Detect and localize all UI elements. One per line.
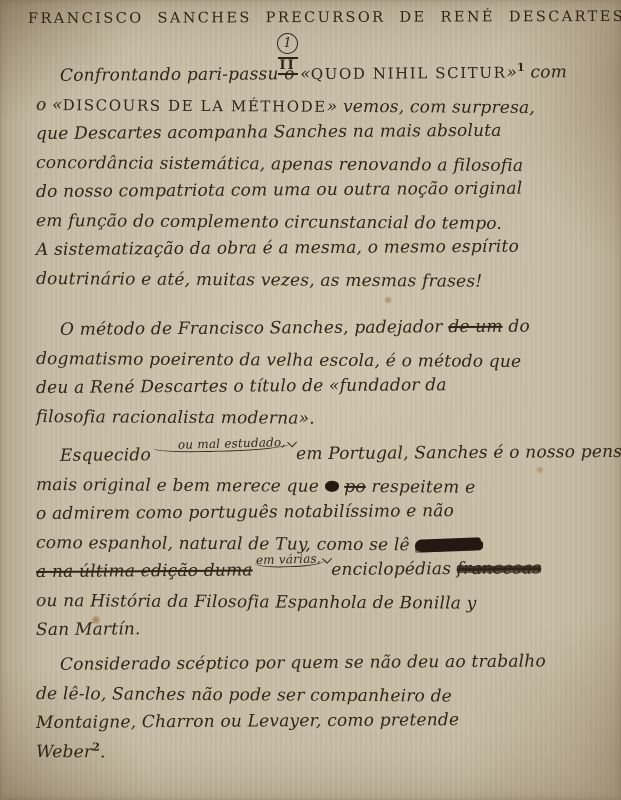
handwritten-text: San Martín. [36, 619, 141, 640]
page-title: FRANCISCO SANCHES PRECURSOR DE RENÉ DESC… [28, 9, 609, 27]
manuscript-line: a na última edição dumaem várias, encicl… [36, 554, 602, 587]
manuscript-line: Considerado scéptico por quem se não deu… [36, 647, 602, 680]
manuscript-line: do nosso compatriota com uma ou outra no… [36, 174, 602, 207]
handwritten-text: o admirem como português notabilíssimo e… [36, 501, 454, 524]
manuscript-line: filosofia racionalista moderna». [36, 403, 602, 435]
handwritten-text: em função do complemento circunstancial … [36, 211, 502, 234]
manuscript-line: Esquecidoou mal estudado, em Portugal, S… [36, 438, 602, 471]
heavily-struck-text: francesas [457, 558, 542, 579]
manuscript-page: FRANCISCO SANCHES PRECURSOR DE RENÉ DESC… [0, 0, 621, 800]
handwritten-text: Considerado scéptico por quem se não deu… [60, 651, 546, 674]
struck-text: de um [448, 317, 503, 337]
handwritten-text: Montaigne, Charron ou Levayer, como pret… [36, 710, 459, 733]
paragraph: Considerado scéptico por quem se não deu… [36, 651, 602, 767]
manuscript-line: Confrontando pari-passu o «QUOD NIHIL SC… [36, 58, 602, 91]
handwritten-text: enciclopédias [326, 559, 457, 580]
handwritten-text: concordância sistemática, apenas renovan… [36, 153, 523, 176]
handwritten-text: de lê-lo, Sanches não pode ser companhei… [36, 684, 452, 707]
paragraph: Esquecidoou mal estudado, em Portugal, S… [36, 442, 602, 645]
handwritten-text: do [503, 317, 530, 337]
handwritten-text: Weber [36, 742, 92, 762]
handwritten-text: filosofia racionalista moderna». [36, 407, 315, 429]
handwritten-text: doutrinário e até, muitas vezes, as mesm… [36, 269, 482, 292]
paragraph: Confrontando pari-passu o «QUOD NIHIL SC… [36, 62, 602, 294]
handwritten-text: » vemos, com surpresa, [327, 97, 535, 118]
superscript-footnote-ref: 1 [517, 61, 525, 74]
manuscript-line: Weber2. [36, 738, 602, 770]
handwritten-text: em Portugal, Sanches é o nosso pensador [290, 442, 621, 465]
interline-insertion: ou mal estudado, [153, 436, 291, 453]
manuscript-body: Confrontando pari-passu o «QUOD NIHIL SC… [36, 62, 602, 767]
handwritten-text: o « [36, 95, 63, 115]
manuscript-line: doutrinário e até, muitas vezes, as mesm… [36, 265, 602, 297]
struck-text: a na última edição duma [36, 560, 253, 582]
manuscript-line: O método de Francisco Sanches, padejador… [36, 312, 602, 345]
paragraph: O método de Francisco Sanches, padejador… [36, 316, 602, 432]
interline-insertion: em várias, [254, 552, 325, 568]
handwritten-text: que Descartes acompanha Sanches na mais … [36, 121, 502, 144]
manuscript-line: que Descartes acompanha Sanches na mais … [36, 116, 602, 149]
handwritten-text: . [100, 742, 106, 762]
handprinted-caps-text: QUOD NIHIL SCITUR [311, 64, 507, 83]
handwritten-text: mais original e bem merece que [36, 475, 325, 497]
handwritten-text: A sistematização da obra é a mesma, o me… [36, 237, 519, 260]
handwritten-text: Confrontando pari-passu o « [60, 64, 311, 86]
handwritten-text: respeitem e [366, 477, 476, 498]
scribbled-out-ink: na [415, 537, 481, 550]
handwritten-text: deu a René Descartes o título de «fundad… [36, 375, 447, 398]
manuscript-line: deu a René Descartes o título de «fundad… [36, 370, 602, 403]
struck-text: po [344, 477, 366, 497]
manuscript-line: Montaigne, Charron ou Levayer, como pret… [36, 705, 602, 738]
ink-blot-over-word: o [325, 481, 339, 492]
superscript-footnote-ref: 2 [92, 741, 100, 754]
handprinted-caps-text: DISCOURS DE LA MÉTHODE [63, 96, 327, 116]
handwritten-text: do nosso compatriota com uma ou outra no… [36, 179, 522, 202]
handwritten-text: com [525, 62, 567, 82]
handwritten-text: Esquecido [60, 445, 151, 466]
circled-page-number: 1 [277, 33, 298, 54]
handwritten-text: como espanhol, natural de Tuy, como se l… [36, 533, 416, 555]
handwritten-text: dogmatismo poeirento da velha escola, é … [36, 349, 521, 372]
handwritten-text: O método de Francisco Sanches, padejador [60, 317, 448, 340]
manuscript-line: A sistematização da obra é a mesma, o me… [36, 232, 602, 265]
manuscript-line: o admirem como português notabilíssimo e… [36, 496, 602, 529]
manuscript-line: San Martín. [36, 612, 602, 645]
handwritten-text: » [506, 63, 517, 83]
handwritten-text: ou na História da Filosofia Espanhola de… [36, 591, 477, 614]
